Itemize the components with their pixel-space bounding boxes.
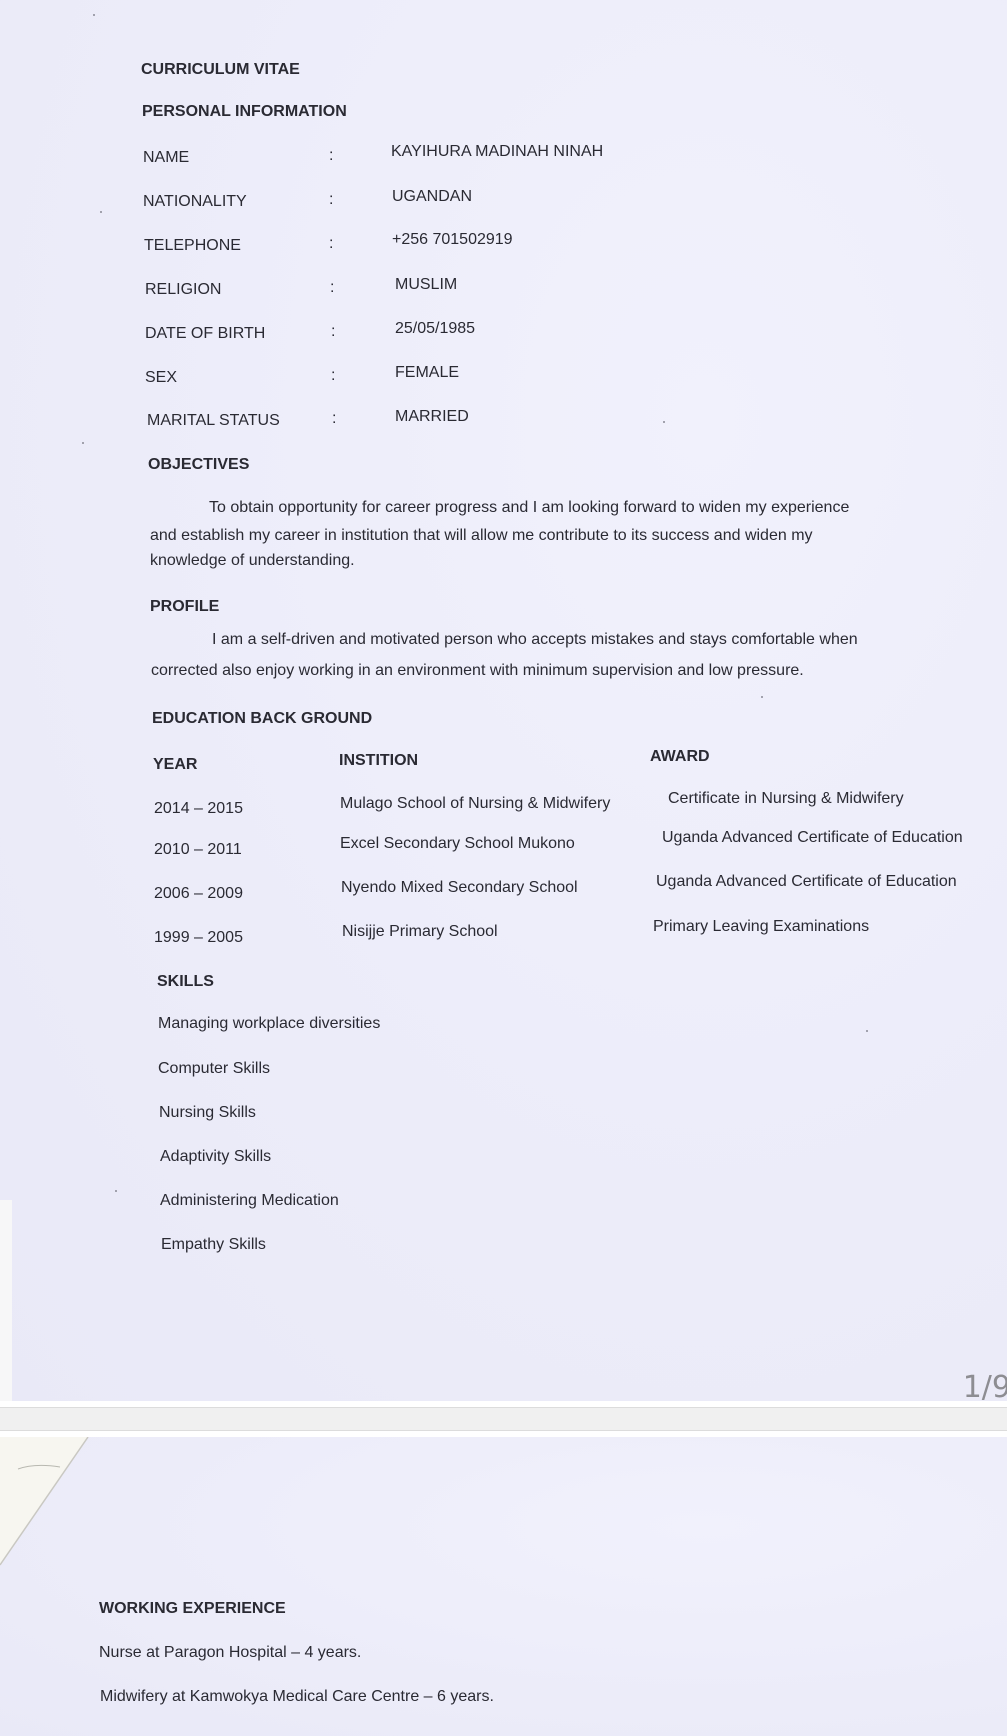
education-institution: Mulago School of Nursing & Midwifery: [340, 795, 610, 813]
scan-speck: [761, 696, 763, 698]
scan-speck: [663, 421, 665, 423]
education-award: Primary Leaving Examinations: [653, 918, 869, 936]
field-label: MARITAL STATUS: [147, 412, 280, 430]
field-value: MARRIED: [395, 408, 469, 426]
field-colon: :: [329, 147, 333, 165]
field-value: FEMALE: [395, 364, 459, 382]
field-value: KAYIHURA MADINAH NINAH: [391, 143, 603, 161]
objectives-line: To obtain opportunity for career progres…: [209, 499, 849, 517]
column-header-institution: INSTITION: [339, 752, 418, 770]
field-value: MUSLIM: [395, 276, 457, 294]
education-year: 1999 – 2005: [154, 929, 243, 947]
education-institution: Nisijje Primary School: [342, 923, 498, 941]
scan-speck: [100, 211, 102, 213]
working-experience-heading: WORKING EXPERIENCE: [99, 1600, 286, 1618]
field-label: NATIONALITY: [143, 193, 247, 211]
field-value: +256 701502919: [392, 231, 513, 249]
field-colon: :: [329, 235, 333, 253]
list-item: Adaptivity Skills: [160, 1148, 271, 1166]
list-item: Administering Medication: [160, 1192, 339, 1210]
education-year: 2010 – 2011: [154, 841, 242, 859]
profile-line: I am a self-driven and motivated person …: [212, 631, 858, 649]
education-award: Certificate in Nursing & Midwifery: [668, 790, 904, 808]
field-label: SEX: [145, 369, 177, 387]
skills-heading: SKILLS: [157, 973, 214, 991]
column-header-year: YEAR: [153, 756, 197, 774]
document-page-1: CURRICULUM VITAE PERSONAL INFORMATION NA…: [0, 0, 1007, 1401]
page-counter: 1/9: [963, 1370, 1007, 1405]
scan-speck: [82, 442, 84, 444]
list-item: Managing workplace diversities: [158, 1015, 380, 1033]
education-year: 2006 – 2009: [154, 885, 243, 903]
list-item: Nurse at Paragon Hospital – 4 years.: [99, 1644, 361, 1662]
field-colon: :: [329, 191, 333, 209]
field-label: NAME: [143, 149, 189, 167]
field-colon: :: [332, 410, 336, 428]
field-value: UGANDAN: [392, 188, 472, 206]
field-colon: :: [331, 323, 335, 341]
profile-line: corrected also enjoy working in an envir…: [151, 662, 804, 680]
scan-speck: [866, 1030, 868, 1032]
field-label: DATE OF BIRTH: [145, 325, 265, 343]
page-gap-bar: [0, 1407, 1007, 1431]
education-award: Uganda Advanced Certificate of Education: [662, 829, 963, 847]
page-edge: [0, 1200, 12, 1401]
education-award: Uganda Advanced Certificate of Education: [656, 873, 957, 891]
page-separator: [0, 1401, 1007, 1437]
personal-info-heading: PERSONAL INFORMATION: [142, 103, 347, 121]
field-value: 25/05/1985: [395, 320, 475, 338]
column-header-award: AWARD: [650, 748, 710, 766]
list-item: Nursing Skills: [159, 1104, 256, 1122]
field-label: RELIGION: [145, 281, 221, 299]
objectives-line: and establish my career in institution t…: [150, 527, 813, 545]
field-colon: :: [331, 367, 335, 385]
profile-heading: PROFILE: [150, 598, 219, 616]
field-label: TELEPHONE: [144, 237, 241, 255]
scan-speck: [115, 1190, 117, 1192]
list-item: Empathy Skills: [161, 1236, 266, 1254]
education-year: 2014 – 2015: [154, 800, 243, 818]
education-institution: Excel Secondary School Mukono: [340, 835, 575, 853]
folded-corner-icon: [0, 1437, 90, 1567]
list-item: Computer Skills: [158, 1060, 270, 1078]
list-item: Midwifery at Kamwokya Medical Care Centr…: [100, 1688, 494, 1706]
objectives-heading: OBJECTIVES: [148, 456, 249, 474]
document-page-2: WORKING EXPERIENCE Nurse at Paragon Hosp…: [0, 1437, 1007, 1736]
document-title: CURRICULUM VITAE: [141, 61, 300, 79]
objectives-line: knowledge of understanding.: [150, 552, 355, 570]
education-heading: EDUCATION BACK GROUND: [152, 710, 372, 728]
education-institution: Nyendo Mixed Secondary School: [341, 879, 578, 897]
scan-speck: [93, 14, 95, 16]
field-colon: :: [330, 279, 334, 297]
